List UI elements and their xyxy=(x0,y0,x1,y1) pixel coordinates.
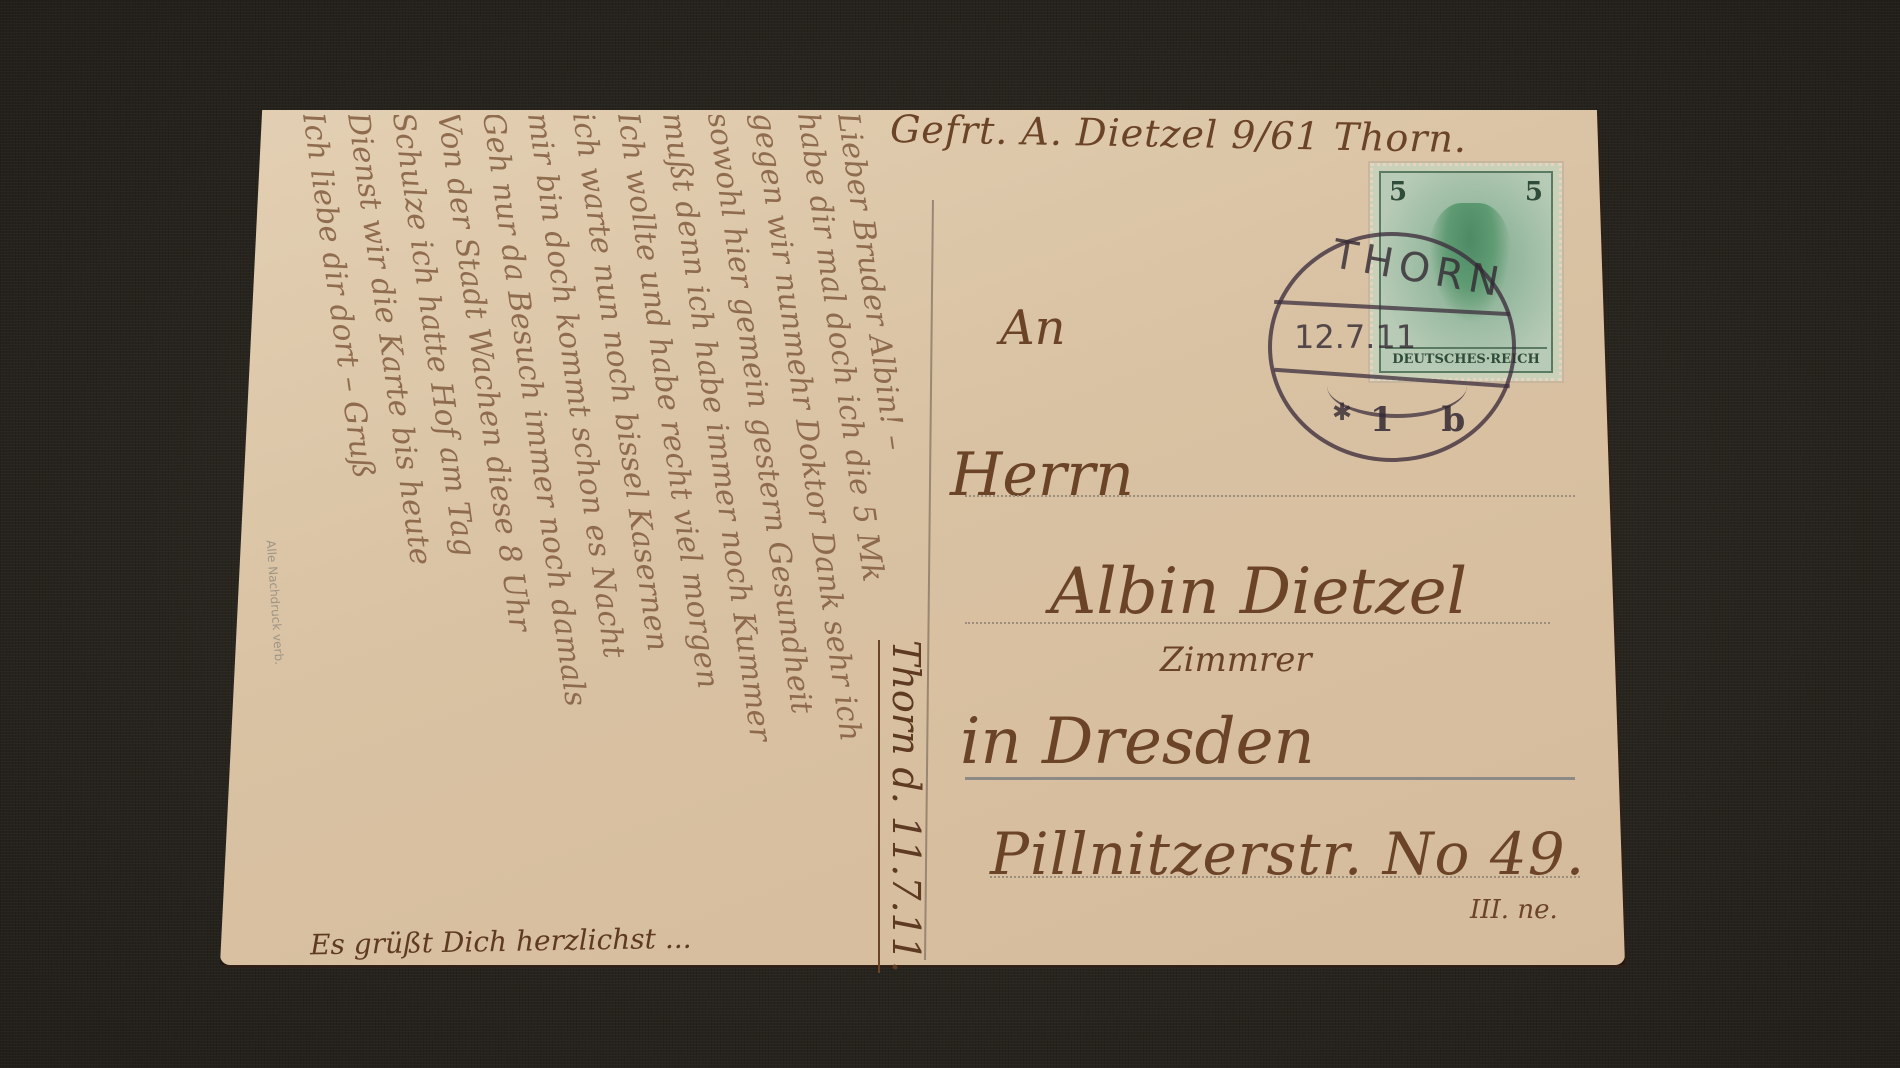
address-title: Herrn xyxy=(950,440,1134,510)
stamp-value-right: 5 xyxy=(1525,177,1543,207)
postmark: THORN 12.7.11 ✱ 1 b xyxy=(1268,232,1516,462)
address-prefix: An xyxy=(1000,300,1066,356)
address-line xyxy=(965,622,1550,624)
postmark-date: 12.7.11 xyxy=(1294,318,1416,356)
star-icon: ✱ xyxy=(1332,398,1352,426)
recipient-city: in Dresden xyxy=(960,705,1315,779)
closing-greeting: Es grüßt Dich herzlichst ... xyxy=(310,922,692,962)
address-line xyxy=(965,495,1575,497)
place-date: Thorn d. 11.7.11. xyxy=(878,640,928,973)
message-body: Lieber Bruder Albin! – habe dir mal doch… xyxy=(230,115,910,945)
postmark-code: 1 b xyxy=(1370,400,1483,440)
recipient-occupation: Zimmrer xyxy=(1160,640,1312,680)
address-line xyxy=(990,876,1580,878)
stamp-value-left: 5 xyxy=(1389,177,1407,207)
address-line-underline xyxy=(965,777,1575,780)
address-note: III. ne. xyxy=(1470,895,1558,925)
recipient-name: Albin Dietzel xyxy=(1050,555,1467,629)
